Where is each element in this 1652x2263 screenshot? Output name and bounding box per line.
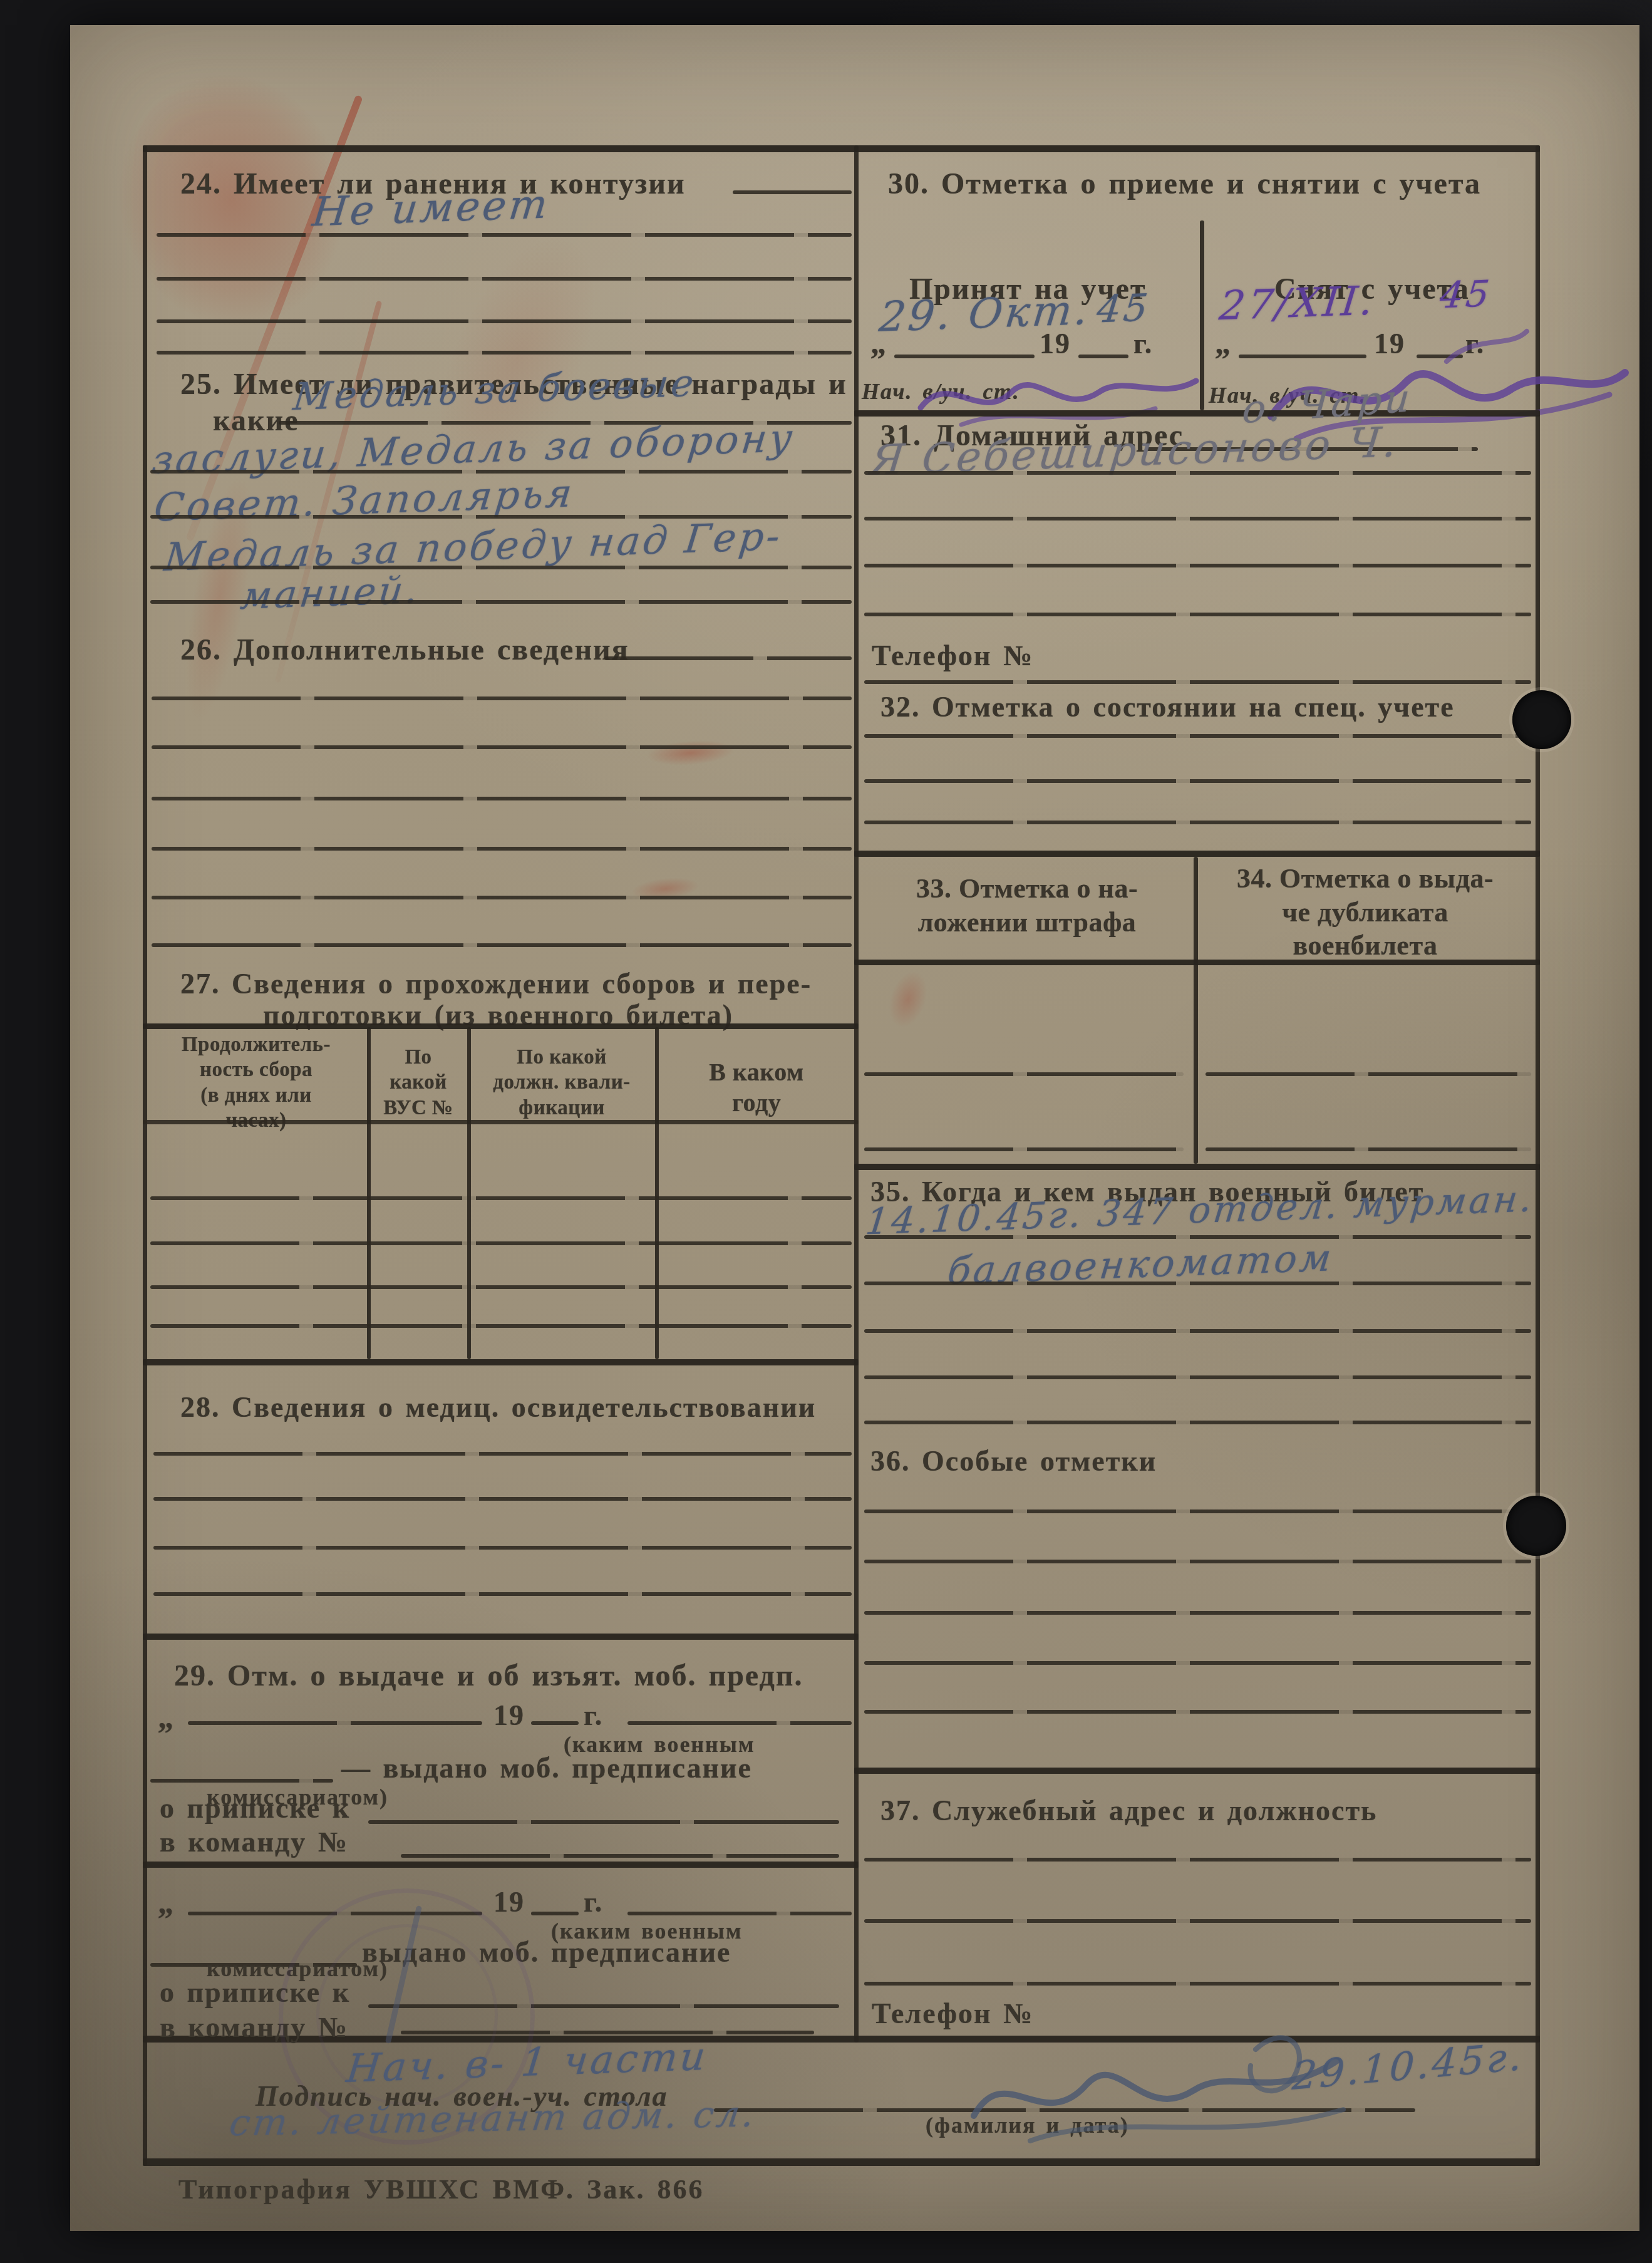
rule-line [531,1912,579,1915]
rule-line [864,1560,1531,1563]
rule-line [152,745,852,749]
rule-line [157,277,852,281]
table-header-vus: По какой ВУС № [369,1045,467,1121]
year-prefix: 19 [493,1885,525,1919]
section-separator [143,1634,859,1640]
rule-line [152,896,852,899]
field-29-team: в команду № [160,1825,348,1858]
table-header-duration: Продолжитель- ность сбора (в днях или ча… [145,1032,367,1133]
field-30-removed-year-handwriting: 45 [1438,272,1494,317]
field-29-team2: в команду № [160,2011,348,2044]
rule-line [153,1546,852,1550]
table-column-line [655,1027,659,1359]
rule-line [368,2004,839,2008]
table-top-border [143,1023,859,1029]
quote-mark: „ [158,1699,175,1735]
quote-mark: „ [158,1884,175,1920]
rule-line [864,1282,1531,1285]
rule-line [864,613,1531,616]
rule-line [864,564,1531,567]
rule-line [864,1710,1531,1714]
field-30-removed-date-handwriting: 27/XII. [1217,278,1378,330]
rule-line [188,1912,482,1915]
field-33-34-divider [1194,857,1198,1164]
table-header-underline [143,1120,859,1124]
rule-line [157,351,852,355]
section-separator [854,1164,1540,1170]
table-column-line [367,1027,371,1359]
rule-line [864,1611,1531,1615]
rule-line [152,943,852,947]
rule-line [864,1329,1531,1333]
field-29-title: 29. Отм. о выдаче и об изъят. моб. предп… [174,1659,803,1693]
table-row-line [150,1241,852,1245]
punch-hole [1512,690,1571,749]
rule-line [1205,1072,1531,1076]
rule-line [864,779,1531,783]
rule-line [1205,1147,1531,1151]
rule-line [864,1510,1531,1513]
rule-line [864,734,1531,738]
rule-line [864,1235,1531,1239]
field-32-title: 32. Отметка о состоянии на спец. учете [880,690,1455,723]
field-34-title: 34. Отметка о выда- че дубликата военбил… [1202,862,1528,963]
rule-line [157,319,852,323]
rule-line [864,1375,1531,1379]
year-prefix: 19 [493,1699,525,1732]
rule-line [864,1982,1531,1986]
rule-line [864,1147,1184,1151]
rule-line [150,566,852,569]
table-header-qualification: По какой должн. квали- фикации [468,1045,655,1121]
rule-line [604,656,852,660]
table-header-underline [854,960,1540,965]
rule-line [153,1592,852,1596]
rule-line [401,1854,839,1858]
table-row-line [150,1285,852,1289]
rule-line [150,600,852,604]
rule-line [152,697,852,700]
rule-line [864,1072,1184,1076]
field-30-accept-year-handwriting: 45 [1095,286,1152,332]
rule-line [627,1721,852,1725]
form-bottom-border [143,2158,1540,2166]
rule-line [152,847,852,851]
field-31-phone-label: Телефон № [872,639,1033,672]
rule-line [864,517,1531,520]
table-row-line [150,1196,852,1200]
rule-line [157,233,852,237]
field-29-issued2: выдано моб. предписание [362,1935,731,1969]
section-separator [854,851,1540,857]
rule-line [401,2031,814,2034]
rule-line [188,1721,482,1725]
section-separator [854,410,1540,417]
year-suffix: г. [584,1885,603,1919]
field-30-title: 30. Отметка о приеме и снятии с учета [888,167,1481,201]
form-top-border [143,145,1540,152]
table-bottom-border [143,1359,859,1365]
print-shop-imprint: Типография УВШХС ВМФ. Зак. 866 [178,2173,705,2205]
table-row-line [150,1324,852,1328]
signature-scribble [955,2022,1362,2157]
field-28-title: 28. Сведения о медиц. освидетельствовани… [180,1390,816,1424]
rule-line [152,797,852,800]
field-29-issued1: — выдано моб. предписание [341,1751,752,1784]
quote-mark: „ [1215,324,1232,361]
field-27-title: 27. Сведения о прохождении сборов и пере… [180,967,812,1000]
table-header-year: В каком году [656,1057,857,1119]
field-29-prip: о приписке к [160,1791,350,1825]
rule-line [864,1919,1531,1923]
section-separator [854,1768,1540,1774]
rule-line [153,1452,852,1456]
table-column-line [467,1027,471,1359]
rule-line [864,1421,1531,1424]
rule-line [531,1721,579,1725]
field-29-prip2: о приписке к [160,1976,350,2009]
year-suffix: г. [584,1699,603,1732]
rule-line [864,471,1531,475]
punch-hole [1506,1496,1566,1556]
rule-line [864,1858,1531,1862]
rule-line [864,821,1531,824]
scanned-military-card-page: 24. Имеет ли ранения и контузии Не имеет… [0,0,1652,2263]
rule-line [864,1661,1531,1665]
rule-line [733,190,852,194]
rule-line [864,680,1531,684]
field-26-title: 26. Дополнительные сведения [180,633,629,667]
rule-line [153,1497,852,1501]
field-30-accept-date-handwriting: 29. Окт. [877,286,1093,341]
rule-line [627,1912,852,1915]
rule-line [368,1820,839,1824]
rule-line [150,1779,333,1783]
field-33-title: 33. Отметка о на- ложении штрафа [870,872,1184,939]
field-24-handwriting: Не имеет [310,181,552,236]
field-36-title: 36. Особые отметки [870,1444,1157,1478]
field-37-title: 37. Служебный адрес и должность [880,1794,1377,1827]
section-separator [143,1862,859,1868]
field-25-handwriting-5: манией. [239,568,423,618]
